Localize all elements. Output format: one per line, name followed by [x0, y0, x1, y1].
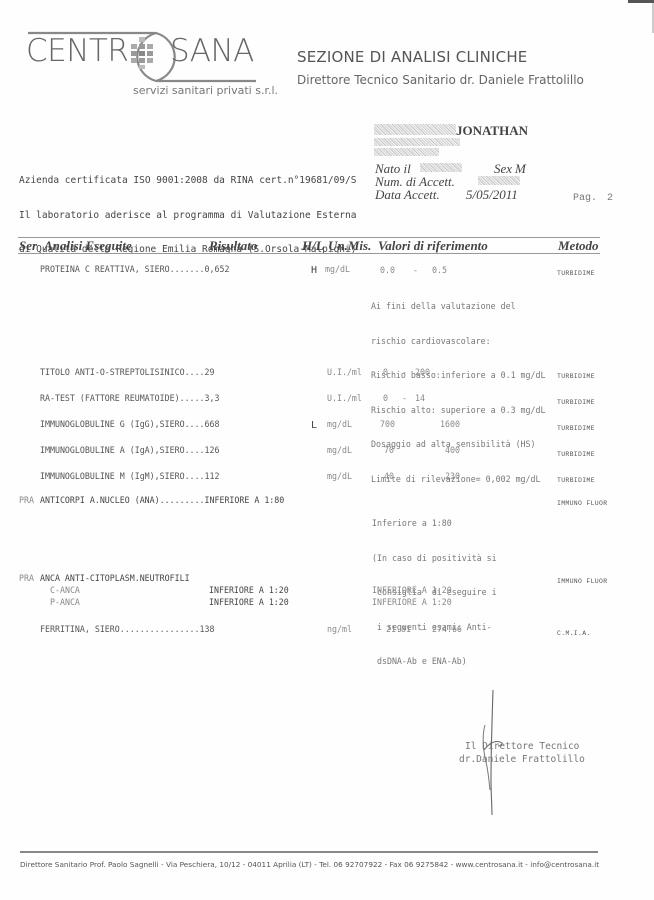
page-number: 2 [607, 193, 613, 204]
redacted-surname [374, 124, 456, 135]
analysis-label: ANTICORPI A.NUCLEO (ANA).........INFERIO… [40, 496, 284, 506]
sub-test-label: C-ANCA [50, 586, 80, 596]
col-method: Metodo [558, 238, 598, 254]
ref-high: 14 [415, 394, 425, 404]
ref-low: 0.0 [380, 266, 395, 276]
col-reference: Valori di riferimento [378, 238, 488, 254]
scan-edge [628, 0, 654, 3]
col-service: Ser [19, 238, 37, 254]
ref-sep: - [402, 394, 407, 404]
sex-label: Sex [494, 162, 512, 175]
note-line: Rischio basso:inferiore a 0.1 mg/dL [371, 371, 545, 383]
service-code: PRA [19, 574, 34, 584]
note-line: Ai fini della valutazione del [371, 302, 545, 314]
redacted-accession-number [478, 176, 520, 185]
method: IMMUNO FLUOR [557, 578, 607, 585]
service-code: PRA [19, 496, 34, 506]
col-unit: Un.Mis. [328, 238, 371, 254]
signature-block: Il Direttore Tecnico dr.Daniele Frattoli… [465, 741, 585, 766]
ref-sep: - [413, 266, 418, 276]
unit: mg/dL [325, 265, 350, 275]
ref-high: 400 [445, 446, 460, 456]
col-hl: H/L [302, 238, 324, 254]
method: TURBIDIME [557, 270, 595, 277]
page-label: Pag. [573, 193, 597, 204]
hl-flag: L [311, 420, 317, 431]
sub-test-result: INFERIORE A 1:20 [209, 586, 289, 596]
analysis-label: IMMUNOGLOBULINE G (IgG),SIERO....668 [40, 420, 219, 430]
col-analysis: Analisi Eseguite [44, 238, 132, 254]
signature-name: dr.Daniele Frattolillo [459, 754, 585, 767]
cert-line: Il laboratorio aderisce al programma di … [19, 210, 356, 222]
ref-low: 0 [383, 394, 388, 404]
ref-low: 0 [383, 368, 388, 378]
section-title: SEZIONE DI ANALISI CLINICHE [297, 48, 527, 66]
sub-test-result: INFERIORE A 1:20 [209, 598, 289, 608]
analysis-label: PROTEINA C REATTIVA, SIERO.......0,652 [40, 265, 229, 275]
accession-date-value: 5/05/2011 [466, 188, 518, 201]
unit: ng/ml [327, 625, 352, 635]
ref-low: 70 [384, 446, 394, 456]
unit: mg/dL [327, 472, 352, 482]
note-line: (In caso di positività si [372, 554, 497, 566]
ref-high: 274.66 [432, 625, 462, 635]
method: IMMUNO FLUOR [557, 500, 607, 507]
accession-date-label: Data Accett. [375, 188, 440, 201]
ref-high: 230 [445, 472, 460, 482]
sex-value: M [515, 162, 526, 175]
hl-flag: H [311, 265, 317, 276]
director-line: Direttore Tecnico Sanitario dr. Daniele … [297, 73, 584, 87]
method: C.M.I.A. [557, 630, 591, 637]
ref-low: 40 [384, 472, 394, 482]
unit: mg/dL [327, 446, 352, 456]
sub-test-label: P-ANCA [50, 598, 80, 608]
method: TURBIDIME [557, 399, 595, 406]
analysis-label: ANCA ANTI-CITOPLASM.NEUTROFILI [40, 574, 190, 584]
analysis-label: IMMUNOGLOBULINE M (IgM),SIERO....112 [40, 472, 219, 482]
sub-test-reference: INFERIORE A 1:20 [372, 598, 452, 608]
analysis-label: IMMUNOGLOBULINE A (IgA),SIERO....126 [40, 446, 219, 456]
logo-brand-left: CENTR [26, 33, 128, 69]
patient-name: JONATHAN [456, 123, 528, 139]
redacted-birthdate [420, 163, 462, 172]
col-result: Risultato [209, 238, 257, 254]
ref-sep: - [402, 368, 407, 378]
note-line: dsDNA-Ab e ENA-Ab) [372, 657, 497, 669]
ref-sep: - [419, 625, 424, 635]
redacted-text [374, 148, 439, 156]
cert-line: Azienda certificata ISO 9001:2008 da RIN… [19, 175, 356, 187]
logo-cross-grid-icon [130, 37, 156, 69]
logo-tagline: servizi sanitari privati s.r.l. [133, 84, 278, 97]
note-line: Inferiore a 1:80 [372, 519, 497, 531]
note-line: rischio cardiovascolare: [371, 337, 545, 349]
analysis-label: RA-TEST (FATTORE REUMATOIDE).....3,3 [40, 394, 219, 404]
ref-high: 200 [415, 368, 430, 378]
redacted-text [374, 138, 460, 146]
sub-test-reference: INFERIORE A 1:20 [372, 586, 452, 596]
method: TURBIDIME [557, 451, 595, 458]
ref-high: 0.5 [432, 266, 447, 276]
analysis-label: FERRITINA, SIERO................138 [40, 625, 214, 635]
note-line: Rischio alto: superiore a 0.3 mg/dL [371, 406, 545, 418]
footer-rule [20, 851, 598, 853]
analysis-label: TITOLO ANTI-O-STREPTOLISINICO....29 [40, 368, 214, 378]
unit: mg/dL [327, 420, 352, 430]
footer-text: Direttore Sanitario Prof. Paolo Sagnelli… [20, 860, 599, 869]
logo-brand-right: SANA [170, 33, 254, 69]
ref-low: 700 [380, 420, 395, 430]
method: TURBIDIME [557, 373, 595, 380]
ref-low: 21.81 [386, 625, 411, 635]
signature-title: Il Direttore Tecnico [465, 741, 585, 754]
ref-high: 1600 [440, 420, 460, 430]
method: TURBIDIME [557, 477, 595, 484]
unit: U.I./ml [327, 368, 362, 378]
unit: U.I./ml [327, 394, 362, 404]
method: TURBIDIME [557, 425, 595, 432]
